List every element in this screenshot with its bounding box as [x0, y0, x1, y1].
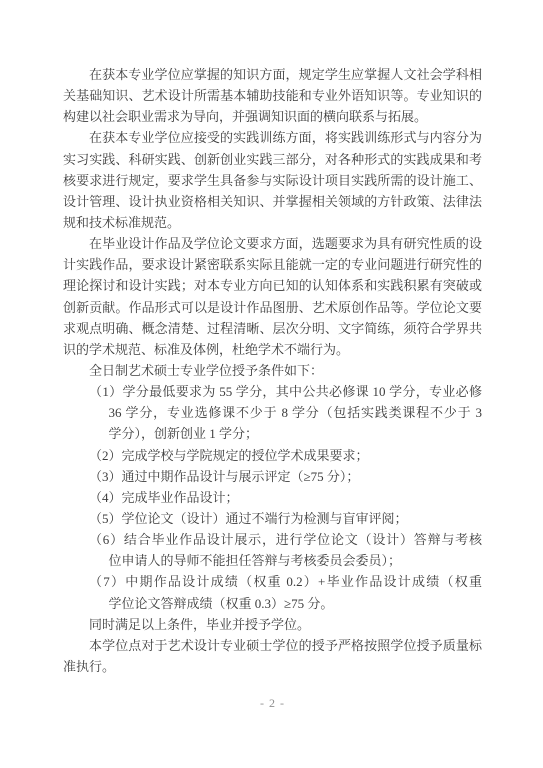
text-line: 位申请人的导师不能担任答辩与考核委员会委员）； [63, 550, 482, 571]
text-line: 本学位点对于艺术设计专业硕士学位的授予严格按照学位授予质量标 [63, 635, 482, 656]
text-line: 计实践作品，要求设计紧密联系实际且能就一定的专业问题进行研究性的 [63, 254, 482, 275]
text-line: 识的学术规范、标准及体例，杜绝学术不端行为。 [63, 339, 482, 360]
document-page: 在获本专业学位应掌握的知识方面，规定学生应掌握人文社会学科相关基础知识、艺术设计… [0, 0, 543, 768]
text-line: （2）完成学校与学院规定的授位学术成果要求； [63, 445, 482, 466]
text-line: （5）学位论文（设计）通过不端行为检测与盲审评阅； [63, 508, 482, 529]
text-line: 在获本专业学位应接受的实践训练方面，将实践训练形式与内容分为 [63, 127, 482, 148]
text-line: 在获本专业学位应掌握的知识方面，规定学生应掌握人文社会学科相 [63, 64, 482, 85]
text-line: 关基础知识、艺术设计所需基本辅助技能和专业外语知识等。专业知识的 [63, 85, 482, 106]
text-line: 设计管理、设计执业资格相关知识、并掌握相关领域的方针政策、法律法 [63, 191, 482, 212]
text-line: 学分），创新创业 1 学分； [63, 423, 482, 444]
text-line: 同时满足以上条件，毕业并授予学位。 [63, 614, 482, 635]
text-line: 实习实践、科研实践、创新创业实践三部分，对各种形式的实践成果和考 [63, 149, 482, 170]
text-line: （7）中期作品设计成绩（权重 0.2）+毕业作品设计成绩（权重 0.5）+ [63, 571, 482, 592]
text-line: 全日制艺术硕士专业学位授予条件如下： [63, 360, 482, 381]
text-line: 构建以社会职业需求为导向，并强调知识面的横向联系与拓展。 [63, 106, 482, 127]
text-line: （6）结合毕业作品设计展示，进行学位论文（设计）答辩与考核（学 [63, 529, 482, 550]
text-line: 创新贡献。作品形式可以是设计作品图册、艺术原创作品等。学位论文要 [63, 297, 482, 318]
text-line: 36 学分，专业选修课不少于 8 学分（包括实践类课程不少于 3 [63, 402, 482, 423]
text-line: 求观点明确、概念清楚、过程清晰、层次分明、文字简练，须符合学界共 [63, 318, 482, 339]
page-body-text: 在获本专业学位应掌握的知识方面，规定学生应掌握人文社会学科相关基础知识、艺术设计… [63, 64, 482, 677]
text-line: 理论探讨和设计实践；对本专业方向已知的认知体系和实践积累有突破或 [63, 275, 482, 296]
text-line: 核要求进行规定，要求学生具备参与实际设计项目实践所需的设计施工、 [63, 170, 482, 191]
page-number: - 2 - [260, 696, 285, 710]
text-line: 准执行。 [63, 656, 482, 677]
text-line: 学位论文答辩成绩（权重 0.3）≥75 分。 [63, 593, 482, 614]
text-line: （1）学分最低要求为 55 学分，其中公共必修课 10 学分，专业必修课 [63, 381, 482, 402]
text-line: （3）通过中期作品设计与展示评定（≥75 分）； [63, 466, 482, 487]
text-line: 在毕业设计作品及学位论文要求方面，选题要求为具有研究性质的设 [63, 233, 482, 254]
text-line: （4）完成毕业作品设计； [63, 487, 482, 508]
page-footer: - 2 - [63, 694, 482, 712]
text-line: 规和技术标准规范。 [63, 212, 482, 233]
